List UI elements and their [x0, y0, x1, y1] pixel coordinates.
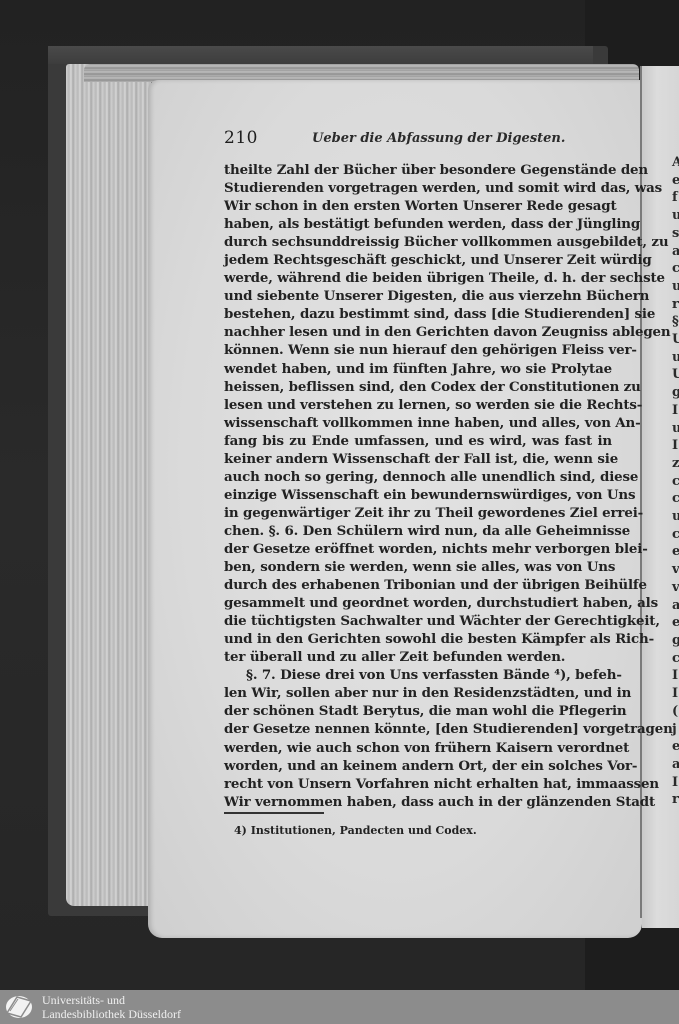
page-stack-edge	[66, 64, 151, 906]
text-line: in gegenwärtiger Zeit ihr zu Theil gewor…	[224, 504, 612, 522]
text-line: nachher lesen und in den Gerichten davon…	[224, 323, 612, 341]
text-line: werde, während die beiden übrigen Theile…	[224, 269, 612, 287]
page-header: 210 Ueber die Abfassung der Digesten.	[224, 128, 614, 150]
text-line: jedem Rechtsgeschäft geschickt, und Unse…	[224, 251, 612, 269]
text-line: die tüchtigsten Sachwalter und Wächter d…	[224, 612, 612, 630]
text-line: einzige Wissenschaft ein bewundernswürdi…	[224, 486, 612, 504]
text-line: theilte Zahl der Bücher über besondere G…	[224, 161, 612, 179]
text-line: auch noch so gering, dennoch alle unendl…	[224, 468, 612, 486]
text-line: wendet haben, und im fünften Jahre, wo s…	[224, 360, 612, 378]
text-line: bestehen, dazu bestimmt sind, dass [die …	[224, 305, 612, 323]
library-name-line2: Landesbibliothek Düsseldorf	[42, 1007, 181, 1021]
text-line: worden, und an keinem andern Ort, der ei…	[224, 757, 612, 775]
text-line: haben, als bestätigt befunden werden, da…	[224, 215, 612, 233]
text-line: chen. §. 6. Den Schülern wird nun, da al…	[224, 522, 612, 540]
footnote: 4) Institutionen, Pandecten und Codex.	[234, 824, 477, 837]
text-line: recht von Unsern Vorfahren nicht erhalte…	[224, 775, 612, 793]
text-line: heissen, beflissen sind, den Codex der C…	[224, 378, 612, 396]
running-head: Ueber die Abfassung der Digesten.	[312, 131, 565, 146]
book-logo-icon	[3, 993, 35, 1021]
text-line: ben, sondern sie werden, wenn sie alles,…	[224, 558, 612, 576]
text-line: Wir schon in den ersten Worten Unserer R…	[224, 197, 612, 215]
text-line: Studierenden vorgetragen werden, und som…	[224, 179, 612, 197]
text-line: wissenschaft vollkommen inne haben, und …	[224, 414, 612, 432]
text-line: lesen und verstehen zu lernen, so werden…	[224, 396, 612, 414]
text-line: gesammelt und geordnet worden, durchstud…	[224, 594, 612, 612]
text-line: und in den Gerichten sowohl die besten K…	[224, 630, 612, 648]
text-line: der Gesetze nennen könnte, [den Studiere…	[224, 720, 612, 738]
body-text: theilte Zahl der Bücher über besondere G…	[224, 161, 612, 811]
footnote-rule	[224, 812, 324, 814]
book-cover-top-edge	[48, 46, 593, 64]
page-number: 210	[224, 128, 258, 148]
text-line: durch des erhabenen Tribonian und der üb…	[224, 576, 612, 594]
text-line: der Gesetze eröffnet worden, nichts mehr…	[224, 540, 612, 558]
facing-page-text-edge: A e f u s a c u r § U u U g I u I z c c …	[672, 154, 679, 809]
text-line: durch sechsunddreissig Bücher vollkommen…	[224, 233, 612, 251]
text-line: Wir vernommen haben, dass auch in der gl…	[224, 793, 612, 811]
text-line: fang bis zu Ende umfassen, und es wird, …	[224, 432, 612, 450]
text-line: der schönen Stadt Berytus, die man wohl …	[224, 702, 612, 720]
text-line: len Wir, sollen aber nur in den Residenz…	[224, 684, 612, 702]
library-name-line1: Universitäts- und	[42, 993, 181, 1007]
text-line: können. Wenn sie nun hierauf den gehörig…	[224, 341, 612, 359]
library-name: Universitäts- und Landesbibliothek Düsse…	[42, 993, 181, 1021]
text-line: werden, wie auch schon von frühern Kaise…	[224, 739, 612, 757]
text-line: §. 7. Diese drei von Uns verfassten Bänd…	[224, 666, 612, 684]
text-line: keiner andern Wissenschaft der Fall ist,…	[224, 450, 612, 468]
text-line: ter überall und zu aller Zeit befunden w…	[224, 648, 612, 666]
text-line: und siebente Unserer Digesten, die aus v…	[224, 287, 612, 305]
